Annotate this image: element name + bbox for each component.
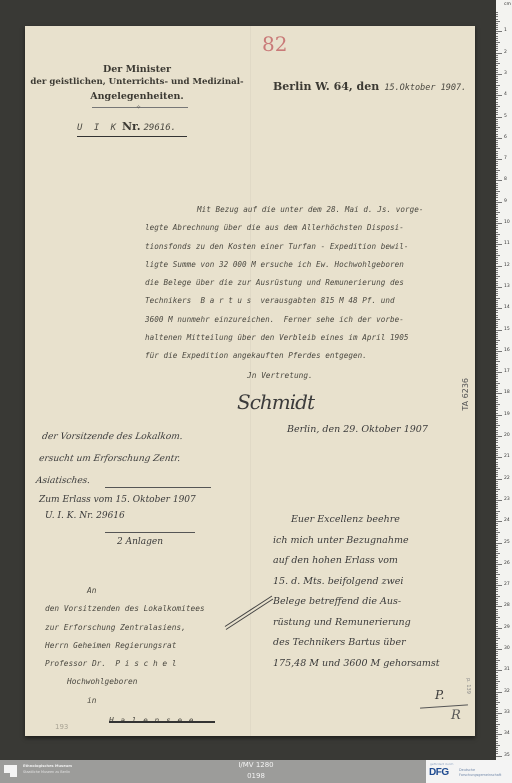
ruler-minor-tick [496, 46, 498, 47]
ruler-minor-tick [496, 300, 498, 301]
ruler-minor-tick [496, 278, 498, 279]
folio-number: 82 [262, 32, 287, 56]
ruler-minor-tick [496, 485, 498, 486]
ruler-minor-tick [496, 59, 498, 60]
ruler-minor-tick [496, 321, 498, 322]
ruler-minor-tick [496, 193, 498, 194]
ruler-minor-tick [496, 700, 498, 701]
handwritten-place-date: Berlin, den 29. Oktober 1907 [287, 424, 428, 435]
ruler-minor-tick [496, 163, 498, 164]
ruler-minor-tick [496, 711, 498, 712]
ruler-minor-tick [496, 515, 498, 516]
ruler-minor-tick [496, 685, 498, 686]
ruler-minor-tick [496, 513, 498, 514]
ruler-minor-tick [496, 594, 498, 595]
reference-prefix: U I K [77, 123, 119, 133]
address-block: An den Vorsitzenden des Lokalkomitees zu… [25, 582, 206, 730]
ruler-minor-tick [496, 487, 498, 488]
ruler-minor-tick [496, 276, 500, 277]
ruler-minor-tick [496, 751, 498, 752]
ruler-minor-tick [496, 421, 498, 422]
ruler-label: 7 [504, 156, 507, 161]
ruler-minor-tick [496, 523, 498, 524]
ruler-label: 32 [504, 689, 510, 694]
ruler-tick [496, 330, 502, 331]
ruler-minor-tick [496, 191, 500, 192]
ruler-minor-tick [496, 430, 498, 431]
ruler-minor-tick [496, 157, 498, 158]
ruler-label: 34 [504, 731, 510, 736]
initials: P. [435, 688, 444, 702]
ruler-minor-tick [496, 530, 498, 531]
ruler-minor-tick [496, 451, 498, 452]
ruler-minor-tick [496, 374, 498, 375]
ruler-minor-tick [496, 125, 498, 126]
ruler-minor-tick [496, 506, 498, 507]
ruler-minor-tick [496, 327, 498, 328]
ruler-minor-tick [496, 40, 498, 41]
ruler-minor-tick [496, 332, 498, 333]
ruler-minor-tick [496, 640, 498, 641]
ruler-minor-tick [496, 33, 498, 34]
ruler-minor-tick [496, 626, 498, 627]
ruler-label: 9 [504, 199, 507, 204]
ruler-minor-tick [496, 295, 498, 296]
ruler-tick [496, 713, 502, 714]
ruler-minor-tick [496, 730, 498, 731]
ruler-minor-tick [496, 396, 498, 397]
handwritten-line: U. I. K. Nr. 29616 [39, 508, 196, 524]
ruler-minor-tick [496, 681, 500, 682]
ruler-label: 4 [504, 92, 507, 97]
pencil-note: 193 [55, 723, 68, 731]
ruler-minor-tick [496, 425, 500, 426]
place-date: Berlin W. 64, den 15.Oktober 1907. [273, 75, 466, 94]
ruler-minor-tick [496, 21, 500, 22]
ruler-minor-tick [496, 743, 498, 744]
ruler-label: 18 [504, 390, 510, 395]
ruler-minor-tick [496, 694, 498, 695]
ruler-minor-tick [496, 481, 498, 482]
ruler-minor-tick [496, 97, 498, 98]
ruler-minor-tick [496, 417, 498, 418]
ruler-minor-tick [496, 185, 498, 186]
note-divider-1 [105, 487, 211, 488]
ruler-minor-tick [496, 728, 498, 729]
ruler-minor-tick [496, 632, 498, 633]
ruler-minor-tick [496, 453, 498, 454]
reference-value: 29616. [144, 123, 177, 133]
city-underline [109, 721, 215, 723]
ruler-minor-tick [496, 655, 498, 656]
ruler-minor-tick [496, 119, 498, 120]
reference-number: U I K Nr. 29616. [77, 120, 176, 133]
ruler-minor-tick [496, 29, 498, 30]
ruler-minor-tick [496, 89, 498, 90]
ruler-minor-tick [496, 519, 498, 520]
ornament-icon: ✧ [136, 104, 141, 111]
ruler-minor-tick [496, 23, 498, 24]
address-line: den Vorsitzenden des Lokalkomitees [25, 600, 206, 618]
ruler-minor-tick [496, 591, 498, 592]
ruler-minor-tick [496, 304, 498, 305]
ruler-minor-tick [496, 574, 500, 575]
ruler-label: 8 [504, 177, 507, 182]
ruler-minor-tick [496, 551, 498, 552]
ruler-minor-tick [496, 483, 498, 484]
ruler-tick [496, 606, 502, 607]
ruler-minor-tick [496, 317, 498, 318]
ruler-minor-tick [496, 604, 498, 605]
ruler-minor-tick [496, 293, 498, 294]
ruler-minor-tick [496, 619, 498, 620]
ruler-minor-tick [496, 391, 498, 392]
ruler-minor-tick [496, 738, 498, 739]
ruler-label: 30 [504, 646, 510, 651]
ruler-minor-tick [496, 427, 498, 428]
ruler-minor-tick [496, 178, 498, 179]
ruler-minor-tick [496, 251, 498, 252]
ruler-minor-tick [496, 168, 498, 169]
ruler-tick [496, 393, 502, 394]
letter-body: Mit Bezug auf die unter dem 28. Mai d. J… [145, 201, 423, 366]
ruler-minor-tick [496, 408, 498, 409]
ruler-minor-tick [496, 502, 498, 503]
ruler-minor-tick [496, 621, 498, 622]
handwritten-draft: Euer Excellenz beehre ich mich unter Bez… [273, 510, 440, 674]
ruler-minor-tick [496, 385, 498, 386]
handwritten-line: des Technikers Bartus über [273, 633, 440, 654]
ruler-minor-tick [496, 468, 500, 469]
handwritten-line: Asiatisches. [34, 470, 178, 492]
letterhead-line-2: der geistlichen, Unterrichts- und Medizi… [27, 76, 247, 89]
ruler-minor-tick [496, 123, 498, 124]
place-printed: Berlin W. 64, den [273, 80, 379, 93]
ruler-minor-tick [496, 204, 498, 205]
ruler-minor-tick [496, 142, 498, 143]
ruler-minor-tick [496, 310, 498, 311]
ruler-minor-tick [496, 423, 498, 424]
ruler-minor-tick [496, 474, 498, 475]
ruler-minor-tick [496, 249, 498, 250]
ruler-minor-tick [496, 272, 498, 273]
ruler-minor-tick [496, 555, 498, 556]
reference-nr-label: Nr. [122, 120, 141, 133]
ruler-label: 23 [504, 497, 510, 502]
ruler-tick [496, 670, 502, 671]
handwritten-reference: Zum Erlass vom 15. Oktober 1907 U. I. K.… [39, 492, 196, 524]
ruler-minor-tick [496, 155, 498, 156]
handwritten-line: Belege betreffend die Aus- [273, 592, 440, 613]
ruler-minor-tick [496, 63, 500, 64]
ruler-minor-tick [496, 717, 498, 718]
handwritten-line: ich mich unter Bezugnahme [273, 531, 440, 552]
ruler-minor-tick [496, 378, 498, 379]
ruler-minor-tick [496, 16, 498, 17]
body-line: die Belege über die zur Ausrüstung und R… [145, 274, 423, 292]
ruler-minor-tick [496, 227, 498, 228]
ruler-minor-tick [496, 547, 498, 548]
ruler-minor-tick [496, 687, 498, 688]
ruler-minor-tick [496, 677, 498, 678]
ruler-minor-tick [496, 455, 498, 456]
ruler-tick [496, 287, 502, 288]
ruler-minor-tick [496, 636, 498, 637]
ruler-minor-tick [496, 741, 498, 742]
ruler-minor-tick [496, 638, 500, 639]
ruler-tick [496, 521, 502, 522]
ruler-minor-tick [496, 579, 498, 580]
ruler-minor-tick [496, 596, 500, 597]
ruler-minor-tick [496, 112, 498, 113]
ruler-minor-tick [496, 721, 498, 722]
ruler-minor-tick [496, 174, 498, 175]
ruler-minor-tick [496, 212, 500, 213]
ruler-minor-tick [496, 146, 498, 147]
ruler-minor-tick [496, 609, 498, 610]
ruler-minor-tick [496, 447, 500, 448]
ruler-minor-tick [496, 281, 498, 282]
ruler-label: 6 [504, 135, 507, 140]
ruler-minor-tick [496, 726, 498, 727]
ruler-minor-tick [496, 225, 498, 226]
ruler-minor-tick [496, 340, 500, 341]
ruler-minor-tick [496, 658, 498, 659]
ruler-minor-tick [496, 476, 498, 477]
letterhead-line-3: Angelegenheiten. [37, 90, 237, 103]
ruler-minor-tick [496, 127, 500, 128]
ruler-minor-tick [496, 131, 498, 132]
ruler-minor-tick [496, 406, 498, 407]
ruler-minor-tick [496, 72, 498, 73]
ruler-minor-tick [496, 570, 498, 571]
ruler-minor-tick [496, 745, 500, 746]
ruler-minor-tick [496, 161, 498, 162]
ruler-minor-tick [496, 623, 498, 624]
ruler-minor-tick [496, 583, 498, 584]
ruler-minor-tick [496, 170, 500, 171]
ruler-minor-tick [496, 724, 500, 725]
ruler-minor-tick [496, 261, 498, 262]
ruler-minor-tick [496, 402, 498, 403]
ruler-minor-tick [496, 747, 498, 748]
ruler-minor-tick [496, 368, 498, 369]
handwritten-line: der Vorsitzende des Lokalkom. [41, 426, 185, 448]
pen-stroke [225, 596, 273, 627]
ruler-minor-tick [496, 672, 498, 673]
ruler-minor-tick [496, 136, 498, 137]
ruler-minor-tick [496, 65, 498, 66]
ruler-label: 17 [504, 369, 510, 374]
ruler-tick [496, 223, 502, 224]
address-line: Professor Dr. P i s c h e l [25, 655, 206, 673]
address-line: zur Erforschung Zentralasiens, [25, 619, 206, 637]
ruler-minor-tick [496, 61, 498, 62]
ruler-minor-tick [496, 42, 500, 43]
ruler-minor-tick [496, 572, 498, 573]
ruler-label: 14 [504, 305, 510, 310]
ruler-minor-tick [496, 183, 498, 184]
ruler-minor-tick [496, 432, 498, 433]
pen-stroke [226, 599, 274, 630]
ruler-minor-tick [496, 704, 498, 705]
ruler-minor-tick [496, 438, 498, 439]
ruler-minor-tick [496, 545, 498, 546]
ruler-minor-tick [496, 508, 498, 509]
ruler-label: 26 [504, 561, 510, 566]
ruler-minor-tick [496, 683, 498, 684]
ruler-tick [496, 500, 502, 501]
ruler-minor-tick [496, 549, 498, 550]
ruler-minor-tick [496, 344, 498, 345]
ruler-minor-tick [496, 176, 498, 177]
ruler-minor-tick [496, 602, 498, 603]
ruler-minor-tick [496, 334, 498, 335]
ruler-tick [496, 351, 502, 352]
ruler-minor-tick [496, 498, 498, 499]
ruler-minor-tick [496, 110, 498, 111]
ruler-tick [496, 53, 502, 54]
ruler-minor-tick [496, 315, 498, 316]
ruler-minor-tick [496, 76, 498, 77]
ruler-minor-tick [496, 709, 498, 710]
body-line: für die Expedition angekauften Pferdes e… [145, 347, 423, 365]
ruler-minor-tick [496, 283, 498, 284]
ruler-minor-tick [496, 114, 498, 115]
ruler-minor-tick [496, 55, 498, 56]
handwritten-line: 175,48 M und 3600 M gehorsamst [273, 654, 440, 675]
handwritten-line: Euer Excellenz beehre [273, 510, 440, 531]
archive-stamp: TA 6236 [461, 378, 473, 411]
viewer-footer: Ethnologisches Museum Staatliche Museen … [0, 760, 512, 783]
ruler-minor-tick [496, 376, 498, 377]
handwritten-note-left: der Vorsitzende des Lokalkom. ersucht um… [34, 426, 185, 492]
handwritten-line: 15. d. Mts. beifolgend zwei [273, 572, 440, 593]
document-page: 82 Der Minister der geistlichen, Unterri… [25, 26, 475, 736]
ruler-minor-tick [496, 566, 498, 567]
ruler-minor-tick [496, 240, 498, 241]
ruler-minor-tick [496, 540, 498, 541]
ruler-tick [496, 564, 502, 565]
ruler-tick [496, 95, 502, 96]
ruler-minor-tick [496, 257, 498, 258]
ruler-minor-tick [496, 238, 498, 239]
ruler-label: 10 [504, 220, 510, 225]
ruler-label: 33 [504, 710, 510, 715]
body-line: 3600 M nunmehr einzureichen. Ferner sehe… [145, 311, 423, 329]
ruler-tick [496, 692, 502, 693]
ruler-minor-tick [496, 611, 498, 612]
ruler-minor-tick [496, 306, 498, 307]
ruler-minor-tick [496, 210, 498, 211]
ruler-minor-tick [496, 361, 500, 362]
address-line: in [25, 692, 206, 710]
ruler-minor-tick [496, 319, 500, 320]
ruler-minor-tick [496, 511, 500, 512]
ruler-tick [496, 415, 502, 416]
ruler-minor-tick [496, 675, 498, 676]
ruler-label: 22 [504, 476, 510, 481]
ruler-minor-tick [496, 214, 498, 215]
note-divider-2 [105, 532, 195, 533]
ruler-label: 19 [504, 412, 510, 417]
ruler-minor-tick [496, 232, 498, 233]
ruler-minor-tick [496, 389, 498, 390]
ruler-label: 27 [504, 582, 510, 587]
ruler-minor-tick [496, 268, 498, 269]
handwritten-line: Zum Erlass vom 15. Oktober 1907 [39, 492, 196, 508]
ruler-minor-tick [496, 413, 498, 414]
ruler-minor-tick [496, 336, 498, 337]
typed-date: 15.Oktober 1907. [384, 83, 466, 93]
dfg-logo: DFG [429, 767, 449, 778]
ruler-label: 29 [504, 625, 510, 630]
ruler-tick [496, 266, 502, 267]
ruler-minor-tick [496, 289, 498, 290]
ruler-minor-tick [496, 349, 498, 350]
ruler-minor-tick [496, 581, 498, 582]
ruler-minor-tick [496, 68, 498, 69]
handwritten-line: rüstung und Remunerierung [273, 613, 440, 634]
ruler-label: 28 [504, 603, 510, 608]
ruler-minor-tick [496, 206, 498, 207]
ruler-minor-tick [496, 645, 498, 646]
ruler-minor-tick [496, 151, 498, 152]
body-line: haltenen Mitteilung über den Verbleib ei… [145, 329, 423, 347]
ruler-minor-tick [496, 187, 498, 188]
ruler-minor-tick [496, 617, 500, 618]
ruler-minor-tick [496, 666, 498, 667]
ruler-minor-tick [496, 200, 498, 201]
ruler-minor-tick [496, 496, 498, 497]
ruler-minor-tick [496, 36, 498, 37]
ruler-label: 31 [504, 667, 510, 672]
letterhead-line-1: Der Minister [37, 63, 237, 76]
ruler-minor-tick [496, 525, 498, 526]
ruler-label: 5 [504, 114, 507, 119]
ruler-minor-tick [496, 553, 500, 554]
ruler-minor-tick [496, 259, 498, 260]
ruler-tick [496, 479, 502, 480]
ruler-minor-tick [496, 381, 498, 382]
ruler-minor-tick [496, 440, 498, 441]
ruler-tick [496, 543, 502, 544]
ruler-tick [496, 585, 502, 586]
ruler-tick [496, 31, 502, 32]
ruler-label: 13 [504, 284, 510, 289]
ruler-minor-tick [496, 172, 498, 173]
body-line: Technikers B a r t u s verausgabten 815 … [145, 292, 423, 310]
ruler-minor-tick [496, 255, 500, 256]
ruler-minor-tick [496, 587, 498, 588]
ruler-minor-tick [496, 589, 498, 590]
ruler-minor-tick [496, 104, 498, 105]
dfg-name-line2: Forschungsgemeinschaft [459, 773, 501, 778]
ruler-minor-tick [496, 600, 498, 601]
ruler-minor-tick [496, 70, 498, 71]
ruler-unit-label: cm [504, 2, 511, 7]
ruler-label: 3 [504, 71, 507, 76]
ruler-minor-tick [496, 557, 498, 558]
address-line: Hochwohlgeboren [25, 673, 206, 691]
ruler-minor-tick [496, 400, 498, 401]
dfg-name: Deutsche Forschungsgemeinschaft [459, 768, 501, 778]
ruler-minor-tick [496, 342, 498, 343]
closing-text: Jn Vertretung. [247, 371, 313, 380]
ruler-label: 24 [504, 518, 510, 523]
ruler-minor-tick [496, 129, 498, 130]
ruler-minor-tick [496, 370, 498, 371]
